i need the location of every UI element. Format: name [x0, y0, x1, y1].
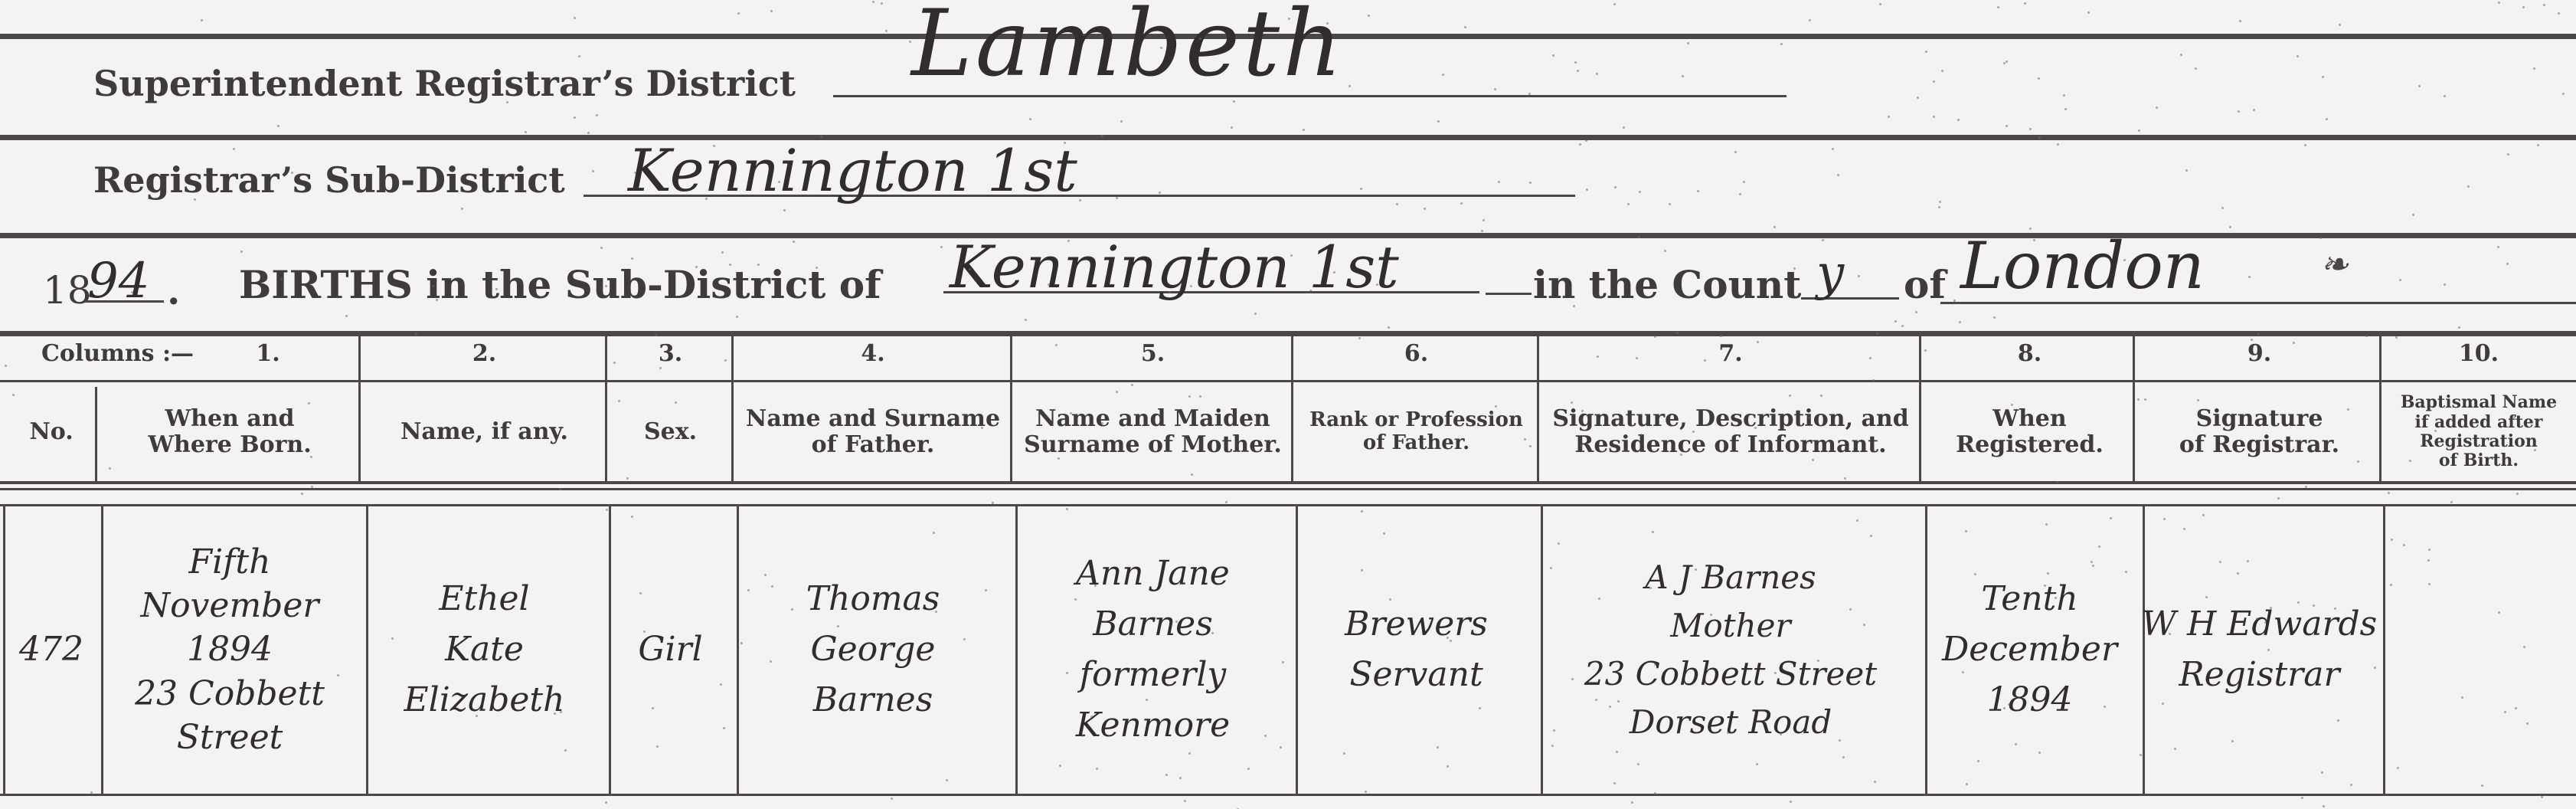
paper-speck [1303, 129, 1305, 131]
column-number-2: 2. [361, 340, 607, 367]
paper-speck [909, 41, 911, 43]
cell-profession[interactable]: BrewersServant [1293, 507, 1539, 792]
column-number-3: 3. [607, 340, 734, 367]
cell-no[interactable]: 472 [5, 507, 98, 792]
header-baptismal: Baptismal Nameif added afterRegistration… [2381, 383, 2576, 481]
header-bottom-rule-1 [0, 481, 2576, 484]
paper-speck [2513, 416, 2516, 418]
year-underline [84, 300, 164, 303]
header-registrar-line: of Registrar. [2137, 432, 2381, 459]
paper-speck [1925, 51, 1927, 53]
paper-speck [1029, 118, 1031, 120]
paper-speck [2412, 214, 2414, 216]
paper-speck [820, 136, 822, 138]
entry-bottom-rule [0, 794, 2576, 796]
paper-speck [2537, 144, 2539, 146]
header-when_where: When andWhere Born. [98, 383, 361, 481]
paper-speck [2467, 185, 2470, 188]
paper-speck [2038, 440, 2040, 442]
paper-speck [1067, 240, 1070, 242]
paper-speck [201, 19, 203, 21]
header-father-line: of Father. [734, 432, 1012, 459]
paper-speck [2264, 621, 2267, 624]
paper-speck [1697, 190, 1699, 192]
paper-speck [1874, 781, 1876, 783]
paper-speck [1734, 151, 1737, 153]
paper-speck [2038, 77, 2040, 80]
paper-speck [1977, 760, 1979, 762]
header-father: Name and Surnameof Father. [734, 383, 1012, 481]
paper-speck [881, 2, 883, 5]
paper-speck [656, 745, 659, 748]
paper-speck [935, 611, 937, 613]
header-informant: Signature, Description, andResidence of … [1539, 383, 1922, 481]
paper-speck [2137, 398, 2140, 401]
births-label: BIRTHS in the Sub-District of [239, 262, 881, 307]
paper-speck [2185, 169, 2188, 172]
cell-registered[interactable]: TenthDecember1894 [1922, 507, 2137, 792]
cell-informant-line: Mother [1670, 601, 1790, 650]
paper-speck [2507, 153, 2509, 156]
paper-speck [1962, 671, 1964, 673]
paper-speck [890, 644, 892, 647]
paper-speck [1184, 800, 1186, 802]
cell-when_where-line: 23 Cobbett [135, 672, 325, 716]
paper-speck [1494, 88, 1496, 90]
births-subdistrict-underline-tail [1486, 293, 1532, 295]
paper-speck [2533, 67, 2535, 70]
paper-speck [2044, 585, 2046, 587]
paper-speck [1376, 283, 1378, 286]
paper-speck [1837, 174, 1839, 176]
paper-speck [631, 257, 633, 260]
paper-speck [1290, 254, 1293, 257]
paper-speck [1498, 181, 1500, 183]
paper-speck [675, 401, 677, 404]
paper-speck [1894, 320, 1897, 323]
paper-speck [1780, 43, 1783, 45]
subdistrict-value[interactable]: Kennington 1st [628, 136, 1077, 205]
paper-speck [1326, 22, 1329, 25]
paper-speck [1613, 782, 1616, 784]
paper-speck [1938, 206, 1940, 208]
paper-speck [770, 10, 773, 12]
header-baptismal-line: if added after [2381, 413, 2576, 432]
header-name-line: Name, if any. [361, 419, 607, 446]
paper-speck [2418, 85, 2421, 87]
header-registered: WhenRegistered. [1922, 383, 2137, 481]
paper-speck [1623, 126, 1625, 129]
cell-name-line: Kate [445, 624, 524, 675]
paper-speck [2006, 61, 2008, 63]
paper-speck [721, 251, 724, 254]
paper-speck [1101, 135, 1103, 137]
paper-speck [600, 247, 603, 249]
cell-registered-line: December [1942, 624, 2117, 675]
paper-speck [2481, 784, 2483, 787]
paper-speck [1225, 501, 1228, 503]
paper-speck [5, 365, 7, 367]
header-mother: Name and MaidenSurname of Mother. [1012, 383, 1293, 481]
cell-informant-line: 23 Cobbett Street [1584, 650, 1877, 698]
header-bottom-rule-2 [0, 488, 2576, 490]
paper-speck [1361, 510, 1363, 513]
paper-speck [2087, 11, 2090, 14]
header-when_where-line: Where Born. [98, 432, 361, 459]
paper-speck [1491, 413, 1493, 415]
county-label-suffix: y [1816, 245, 1844, 302]
paper-speck [1581, 410, 1584, 412]
births-subdistrict-value[interactable]: Kennington 1st [950, 233, 1399, 301]
paper-speck [2293, 342, 2295, 344]
paper-speck [2399, 279, 2401, 281]
paper-speck [1094, 585, 1097, 587]
paper-speck [1757, 341, 1759, 343]
paper-speck [2444, 283, 2446, 286]
header-sex: Sex. [607, 383, 734, 481]
paper-speck [2322, 76, 2324, 78]
paper-speck [1079, 199, 1081, 201]
paper-speck [1966, 783, 1968, 785]
paper-speck [1917, 97, 1919, 99]
paper-speck [631, 516, 633, 518]
paper-speck [2229, 226, 2231, 228]
paper-speck [391, 637, 394, 640]
column-number-1: 1. [230, 340, 306, 367]
cell-informant[interactable]: A J BarnesMother23 Cobbett StreetDorset … [1539, 507, 1922, 792]
paper-speck [737, 12, 740, 15]
subdistrict-label: Registrar’s Sub-District [93, 159, 565, 201]
paper-speck [1424, 208, 1426, 210]
cell-no-line: 472 [19, 624, 83, 675]
header-father-line: Name and Surname [734, 406, 1012, 433]
cell-father-line: Barnes [813, 675, 933, 725]
paper-speck [1048, 283, 1050, 286]
paper-speck [1388, 326, 1390, 329]
cell-profession-line: Servant [1349, 650, 1483, 700]
paper-speck [1585, 139, 1587, 142]
paper-speck [2267, 649, 2270, 651]
header-registrar-line: Signature [2137, 406, 2381, 433]
cell-when_where-line: 1894 [187, 627, 273, 671]
paper-speck [1957, 119, 1960, 121]
header-no-line: No. [5, 419, 98, 446]
paper-speck [277, 125, 280, 127]
paper-speck [626, 477, 629, 480]
paper-speck [574, 116, 576, 119]
cell-registrar-line: Registrar [2179, 650, 2340, 700]
paper-speck [1231, 126, 1233, 129]
paper-speck [1368, 15, 1370, 17]
paper-speck [1669, 203, 1671, 205]
paper-speck [1720, 335, 1722, 337]
paper-speck [1664, 250, 1666, 252]
paper-speck [605, 801, 607, 804]
paper-speck [1096, 768, 1098, 770]
paper-speck [1858, 275, 1860, 277]
header-mother-line: Name and Maiden [1012, 406, 1293, 433]
paper-speck [2205, 596, 2208, 598]
rule-2 [0, 135, 2576, 140]
county-value[interactable]: London [1960, 228, 2205, 303]
cell-informant-line: A J Barnes [1645, 553, 1816, 601]
paper-speck [461, 208, 463, 210]
paper-speck [2238, 110, 2240, 113]
year-suffix: . [167, 268, 180, 313]
paper-speck [1120, 120, 1123, 123]
paper-speck [639, 592, 642, 594]
paper-speck [1809, 19, 1811, 21]
paper-speck [1586, 188, 1588, 191]
column-number-4: 4. [734, 340, 1012, 367]
paper-speck [1680, 454, 1682, 456]
paper-speck [2253, 109, 2255, 111]
paper-speck [1437, 120, 1440, 123]
paper-speck [1058, 457, 1060, 460]
cell-registered-line: Tenth [1981, 574, 2077, 624]
cell-mother-line: Kenmore [1076, 700, 1230, 751]
paper-speck [2247, 560, 2249, 562]
paper-speck [2029, 128, 2032, 130]
header-when_where-line: When and [98, 406, 361, 433]
paper-speck [1832, 148, 1834, 150]
paper-speck [1637, 763, 1639, 765]
paper-speck [1997, 6, 1999, 8]
paper-speck [1915, 311, 1917, 313]
paper-speck [1876, 332, 1878, 335]
header-mother-line: Surname of Mother. [1012, 432, 1293, 459]
header-baptismal-line: Registration [2381, 432, 2576, 451]
paper-speck [1365, 791, 1367, 793]
margin-mark-icon: ❧ [2320, 245, 2349, 284]
paper-speck [2180, 54, 2182, 56]
paper-speck [1869, 357, 1872, 359]
paper-speck [1090, 716, 1093, 718]
paper-speck [1627, 203, 1630, 205]
paper-speck [2064, 108, 2067, 110]
paper-speck [1553, 729, 1555, 732]
paper-speck [2091, 561, 2093, 563]
paper-speck [233, 148, 235, 150]
superintendent-district-value[interactable]: Lambeth [911, 0, 1345, 97]
paper-speck [2506, 263, 2509, 265]
paper-speck [1159, 192, 1161, 194]
paper-speck [1460, 202, 1463, 205]
paper-speck [587, 132, 590, 134]
paper-speck [1360, 188, 1362, 190]
paper-speck [1822, 239, 1824, 241]
county-label-b: of [1904, 262, 1946, 307]
paper-speck [301, 493, 303, 495]
paper-speck [2365, 335, 2368, 337]
paper-speck [1437, 746, 1439, 748]
paper-speck [2195, 67, 2197, 70]
paper-speck [1447, 637, 1449, 639]
paper-speck [2497, 246, 2499, 248]
cell-when_where-line: Street [177, 716, 283, 759]
header-registered-line: When [1922, 406, 2137, 433]
paper-speck [2391, 539, 2393, 541]
paper-speck [432, 285, 434, 287]
cell-name[interactable]: EthelKateElizabeth [361, 507, 607, 792]
paper-speck [940, 246, 943, 248]
header-registered-line: Registered. [1922, 432, 2137, 459]
cell-father[interactable]: ThomasGeorgeBarnes [734, 507, 1012, 792]
paper-speck [2163, 518, 2166, 520]
paper-speck [2374, 667, 2376, 669]
paper-speck [2125, 571, 2127, 573]
superintendent-district-label: Superintendent Registrar’s District [93, 63, 796, 104]
cell-sex-line: Girl [638, 624, 702, 675]
paper-speck [1652, 531, 1654, 533]
paper-speck [2543, 4, 2545, 6]
columns-label: Columns :— [41, 340, 195, 367]
paper-speck [479, 600, 482, 602]
paper-speck [109, 467, 111, 470]
paper-speck [2297, 601, 2300, 604]
paper-speck [2321, 771, 2323, 774]
paper-speck [2104, 706, 2106, 708]
paper-speck [695, 266, 698, 268]
paper-speck [1888, 116, 1890, 118]
paper-speck [1254, 313, 1257, 315]
paper-speck [1081, 735, 1084, 737]
cell-sex[interactable]: Girl [607, 507, 734, 792]
paper-speck [2450, 501, 2453, 503]
paper-speck [1939, 201, 1941, 203]
paper-speck [1649, 587, 1652, 589]
header-baptismal-line: Baptismal Name [2381, 393, 2576, 412]
paper-speck [2038, 136, 2041, 139]
paper-speck [1820, 395, 1822, 397]
header-profession-line: of Father. [1293, 432, 1539, 455]
paper-speck [436, 299, 438, 301]
paper-speck [2458, 326, 2460, 329]
paper-speck [2434, 430, 2437, 432]
paper-speck [578, 55, 580, 57]
paper-speck [345, 315, 348, 317]
paper-speck [1175, 621, 1178, 623]
paper-speck [2277, 497, 2280, 499]
cell-name-line: Ethel [439, 574, 529, 624]
header-profession: Rank or Professionof Father. [1293, 383, 1539, 481]
paper-speck [1682, 75, 1684, 77]
paper-speck [783, 209, 786, 211]
paper-speck [1933, 80, 1935, 83]
paper-speck [1442, 74, 1444, 76]
paper-speck [1959, 321, 1961, 323]
paper-speck [1849, 608, 1852, 611]
paper-speck [495, 288, 498, 290]
header-informant-line: Signature, Description, and [1539, 406, 1922, 433]
paper-speck [1264, 735, 1267, 737]
paper-speck [2313, 604, 2315, 607]
header-name: Name, if any. [361, 383, 607, 481]
paper-speck [1739, 193, 1741, 195]
paper-speck [1856, 519, 1858, 522]
column-number-7: 7. [1539, 340, 1922, 367]
paper-speck [1574, 61, 1577, 64]
paper-speck [2003, 62, 2006, 64]
header-informant-line: Residence of Informant. [1539, 432, 1922, 459]
column-number-rule [0, 380, 2576, 382]
cell-informant-line: Dorset Road [1630, 698, 1832, 746]
paper-speck [1319, 413, 1322, 415]
paper-speck [2444, 95, 2446, 97]
paper-speck [992, 502, 994, 504]
paper-speck [2388, 492, 2390, 494]
paper-speck [1116, 197, 1118, 199]
paper-speck [1640, 434, 1643, 436]
header-registrar: Signatureof Registrar. [2137, 383, 2381, 481]
paper-speck [1529, 445, 1532, 447]
paper-speck [2461, 696, 2463, 699]
paper-speck [1933, 116, 1935, 118]
column-number-6: 6. [1293, 340, 1539, 367]
column-number-10: 10. [2381, 340, 2576, 367]
paper-speck [1396, 203, 1398, 205]
paper-speck [2140, 754, 2142, 756]
paper-speck [872, 1, 874, 3]
paper-speck [1529, 182, 1532, 184]
paper-speck [740, 642, 743, 644]
paper-speck [791, 608, 793, 611]
paper-speck [2395, 336, 2398, 339]
paper-speck [2409, 460, 2411, 462]
paper-speck [2156, 106, 2158, 109]
paper-speck [606, 509, 608, 511]
paper-speck [1450, 640, 1452, 642]
paper-speck [2006, 125, 2008, 127]
paper-speck [963, 638, 966, 640]
paper-speck [1282, 661, 1284, 663]
paper-speck [1639, 191, 1641, 193]
paper-speck [1571, 401, 1573, 404]
cell-registered-line: 1894 [1987, 675, 2073, 725]
cell-profession-line: Brewers [1345, 599, 1488, 650]
cell-father-line: Thomas [806, 574, 940, 624]
county-label-a: in the Count [1533, 262, 1801, 307]
cell-baptismal[interactable] [2381, 507, 2576, 792]
paper-speck [525, 131, 527, 133]
paper-speck [2301, 797, 2303, 799]
paper-speck [2534, 449, 2536, 451]
cell-when_where[interactable]: FifthNovember189423 CobbettStreet [98, 507, 361, 792]
paper-speck [1464, 26, 1466, 28]
paper-speck [2541, 796, 2543, 798]
paper-speck [1710, 614, 1712, 616]
paper-speck [1743, 181, 1745, 183]
paper-speck [1654, 336, 1656, 338]
paper-speck [655, 334, 657, 336]
paper-speck [1879, 3, 1881, 5]
paper-speck [705, 198, 708, 200]
column-number-8: 8. [1922, 340, 2137, 367]
paper-speck [2516, 493, 2519, 495]
paper-speck [1773, 226, 1776, 228]
cell-mother-line: Barnes [1093, 599, 1213, 650]
paper-speck [2003, 707, 2006, 709]
cell-registrar-line: W H Edwards [2142, 599, 2378, 650]
paper-speck [337, 674, 339, 676]
paper-speck [1552, 54, 1554, 57]
paper-speck [891, 798, 893, 800]
table-top-rule [0, 331, 2576, 336]
paper-speck [1025, 319, 1027, 321]
paper-speck [1613, 3, 1616, 5]
paper-speck [1901, 325, 1904, 327]
cell-mother[interactable]: Ann JaneBarnesformerlyKenmore [1012, 507, 1293, 792]
